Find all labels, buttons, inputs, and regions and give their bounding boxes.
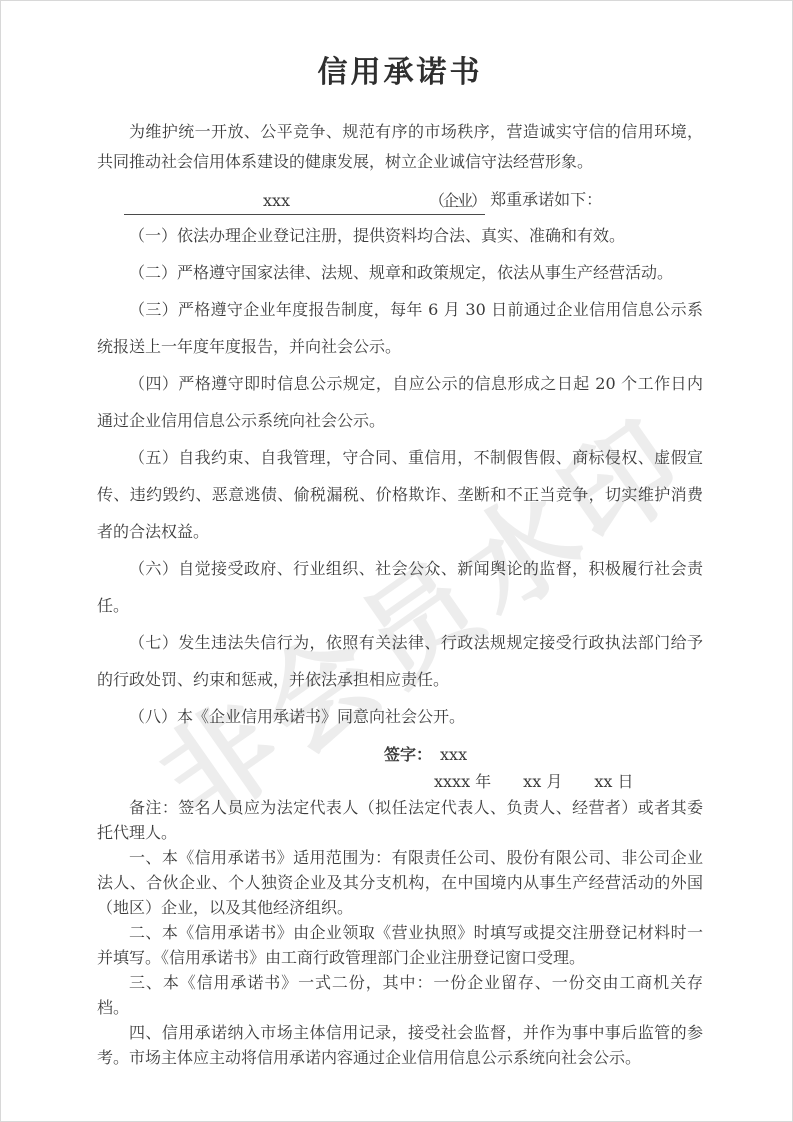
signature-date: xxxx 年 xx 月 xx 日: [97, 769, 703, 795]
company-name-blank-field[interactable]: xxx: [124, 187, 429, 215]
signature-value: xxx: [440, 745, 467, 764]
clause-list: （一）依法办理企业登记注册，提供资料均合法、真实、准确和有效。 （二）严格遵守国…: [97, 217, 703, 735]
signature-label: 签字：: [384, 745, 432, 764]
clause-paragraph: （六）自觉接受政府、行业组织、社会公众、新闻舆论的监督，积极履行社会责任。: [97, 550, 703, 624]
note-paragraph: 一、本《信用承诺书》适用范围为：有限责任公司、股份有限公司、非公司企业法人、合伙…: [97, 845, 703, 920]
intro-paragraph: 为维护统一开放、公平竞争、规范有序的市场秩序，营造诚实守信的信用环境，共同推动社…: [97, 117, 703, 177]
clause-paragraph: （四）严格遵守即时信息公示规定，自应公示的信息形成之日起 20 个工作日内通过企…: [97, 365, 703, 439]
company-name-placeholder: xxx: [263, 191, 290, 210]
document-page: 非会员水印 信用承诺书 为维护统一开放、公平竞争、规范有序的市场秩序，营造诚实守…: [0, 0, 793, 1122]
document-body: 信用承诺书 为维护统一开放、公平竞争、规范有序的市场秩序，营造诚实守信的信用环境…: [1, 1, 792, 1070]
promise-suffix: 郑重承诺如下：: [490, 190, 602, 209]
clause-paragraph: （二）严格遵守国家法律、法规、规章和政策规定，依法从事生产经营活动。: [97, 254, 703, 291]
note-paragraph: 四、信用承诺纳入市场主体信用记录，接受社会监督，并作为事中事后监管的参考。市场主…: [97, 1020, 703, 1070]
clause-paragraph: （七）发生违法失信行为，依照有关法律、行政法规规定接受行政执法部门给予的行政处罚…: [97, 624, 703, 698]
notes-section: 备注：签名人员应为法定代表人（拟任法定代表人、负责人、经营者）或者其委托代理人。…: [97, 795, 703, 1070]
signature-line: 签字：xxx: [97, 741, 703, 769]
clause-paragraph: （三）严格遵守企业年度报告制度，每年 6 月 30 日前通过企业信用信息公示系统…: [97, 291, 703, 365]
clause-paragraph: （五）自我约束、自我管理，守合同、重信用，不制假售假、商标侵权、虚假宣传、违约毁…: [97, 439, 703, 550]
promise-line: xxx（企业） 郑重承诺如下：: [97, 185, 703, 215]
clause-paragraph: （一）依法办理企业登记注册，提供资料均合法、真实、准确和有效。: [97, 217, 703, 254]
note-paragraph: 三、本《信用承诺书》一式二份，其中：一份企业留存、一份交由工商机关存档。: [97, 970, 703, 1020]
note-paragraph: 二、本《信用承诺书》由企业领取《营业执照》时填写或提交注册登记材料时一并填写。《…: [97, 920, 703, 970]
note-paragraph: 备注：签名人员应为法定代表人（拟任法定代表人、负责人、经营者）或者其委托代理人。: [97, 795, 703, 845]
entity-label: （企业）: [429, 187, 485, 215]
clause-paragraph: （八）本《企业信用承诺书》同意向社会公开。: [97, 698, 703, 735]
document-title: 信用承诺书: [97, 51, 703, 95]
